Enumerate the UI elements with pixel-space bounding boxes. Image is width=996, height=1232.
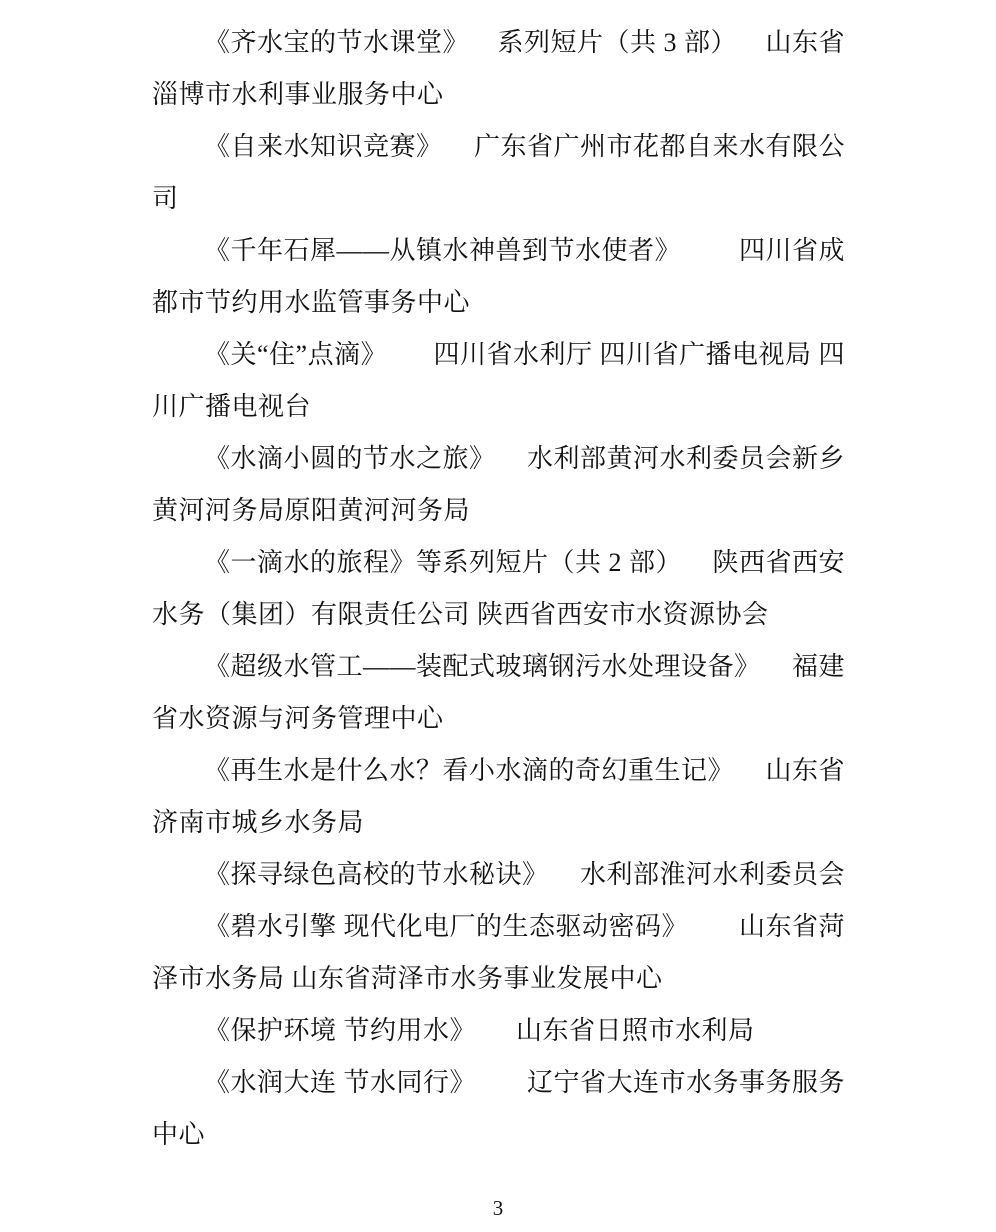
text-line: 淄博市水利事业服务中心 bbox=[152, 69, 845, 121]
line-segment: 《水润大连 节水同行》 bbox=[204, 1057, 476, 1109]
line-segment: 四川省成 bbox=[739, 225, 845, 277]
text-line: 《一滴水的旅程》等系列短片（共 2 部）陕西省西安 bbox=[152, 537, 845, 589]
text-line: 《齐水宝的节水课堂》系列短片（共 3 部）山东省 bbox=[152, 17, 845, 69]
text-line: 《再生水是什么水？看小水滴的奇幻重生记》山东省 bbox=[152, 745, 845, 797]
text-line: 黄河河务局原阳黄河河务局 bbox=[152, 485, 845, 537]
line-segment: 山东省 bbox=[765, 745, 845, 797]
line-segment: 省水资源与河务管理中心 bbox=[152, 704, 444, 733]
line-segment: 川广播电视台 bbox=[152, 392, 311, 421]
document-lines: 《齐水宝的节水课堂》系列短片（共 3 部）山东省淄博市水利事业服务中心《自来水知… bbox=[152, 17, 845, 1161]
page-number: 3 bbox=[0, 1194, 996, 1222]
text-line: 《保护环境 节约用水》 山东省日照市水利局 bbox=[152, 1005, 845, 1057]
line-segment: 山东省 bbox=[765, 17, 845, 69]
line-segment: 四川省水利厅 四川省广播电视局 四 bbox=[433, 329, 845, 381]
line-segment: 司 bbox=[152, 184, 179, 213]
line-segment: 《一滴水的旅程》等系列短片（共 2 部） bbox=[204, 537, 682, 589]
line-segment: 《超级水管工——装配式玻璃钢污水处理设备》 bbox=[204, 641, 761, 693]
text-line: 《水滴小圆的节水之旅》水利部黄河水利委员会新乡 bbox=[152, 433, 845, 485]
line-segment: 都市节约用水监管事务中心 bbox=[152, 288, 470, 317]
line-segment: 《再生水是什么水？看小水滴的奇幻重生记》 bbox=[204, 745, 734, 797]
text-line: 中心 bbox=[152, 1109, 845, 1161]
text-line: 《水润大连 节水同行》辽宁省大连市水务事务服务 bbox=[152, 1057, 845, 1109]
document-page: 《齐水宝的节水课堂》系列短片（共 3 部）山东省淄博市水利事业服务中心《自来水知… bbox=[0, 0, 996, 1232]
line-segment: 水务（集团）有限责任公司 陕西省西安市水资源协会 bbox=[152, 600, 769, 629]
text-line: 济南市城乡水务局 bbox=[152, 797, 845, 849]
text-line: 水务（集团）有限责任公司 陕西省西安市水资源协会 bbox=[152, 589, 845, 641]
text-line: 《关“住”点滴》四川省水利厅 四川省广播电视局 四 bbox=[152, 329, 845, 381]
line-segment: 《关“住”点滴》 bbox=[204, 329, 387, 381]
text-line: 省水资源与河务管理中心 bbox=[152, 693, 845, 745]
line-segment: 山东省菏 bbox=[739, 901, 845, 953]
line-segment: 济南市城乡水务局 bbox=[152, 808, 364, 837]
line-segment: 系列短片（共 3 部） bbox=[497, 17, 737, 69]
line-segment: 《水滴小圆的节水之旅》 bbox=[204, 433, 496, 485]
text-line: 《千年石犀——从镇水神兽到节水使者》四川省成 bbox=[152, 225, 845, 277]
text-line: 泽市水务局 山东省菏泽市水务事业发展中心 bbox=[152, 953, 845, 1005]
line-segment: 《碧水引擎 现代化电厂的生态驱动密码》 bbox=[204, 901, 688, 953]
line-segment: 淄博市水利事业服务中心 bbox=[152, 80, 444, 109]
line-segment: 《自来水知识竞赛》 bbox=[204, 121, 443, 173]
text-line: 《探寻绿色高校的节水秘诀》水利部淮河水利委员会 bbox=[152, 849, 845, 901]
line-segment: 水利部黄河水利委员会新乡 bbox=[527, 433, 845, 485]
line-segment: 福建 bbox=[792, 641, 845, 693]
text-line: 《超级水管工——装配式玻璃钢污水处理设备》福建 bbox=[152, 641, 845, 693]
line-segment: 陕西省西安 bbox=[712, 537, 845, 589]
line-segment: 《探寻绿色高校的节水秘诀》 bbox=[204, 849, 549, 901]
text-line: 都市节约用水监管事务中心 bbox=[152, 277, 845, 329]
text-line: 司 bbox=[152, 173, 845, 225]
line-segment: 《齐水宝的节水课堂》 bbox=[204, 17, 469, 69]
line-segment: 水利部淮河水利委员会 bbox=[580, 849, 845, 901]
line-segment: 中心 bbox=[152, 1120, 205, 1149]
text-line: 《碧水引擎 现代化电厂的生态驱动密码》山东省菏 bbox=[152, 901, 845, 953]
line-segment: 辽宁省大连市水务事务服务 bbox=[527, 1057, 845, 1109]
line-segment: 黄河河务局原阳黄河河务局 bbox=[152, 496, 470, 525]
line-segment: 广东省广州市花都自来水有限公 bbox=[474, 121, 845, 173]
line-segment: 《保护环境 节约用水》 山东省日照市水利局 bbox=[204, 1016, 755, 1045]
text-line: 川广播电视台 bbox=[152, 381, 845, 433]
text-line: 《自来水知识竞赛》广东省广州市花都自来水有限公 bbox=[152, 121, 845, 173]
line-segment: 泽市水务局 山东省菏泽市水务事业发展中心 bbox=[152, 964, 663, 993]
line-segment: 《千年石犀——从镇水神兽到节水使者》 bbox=[204, 225, 681, 277]
